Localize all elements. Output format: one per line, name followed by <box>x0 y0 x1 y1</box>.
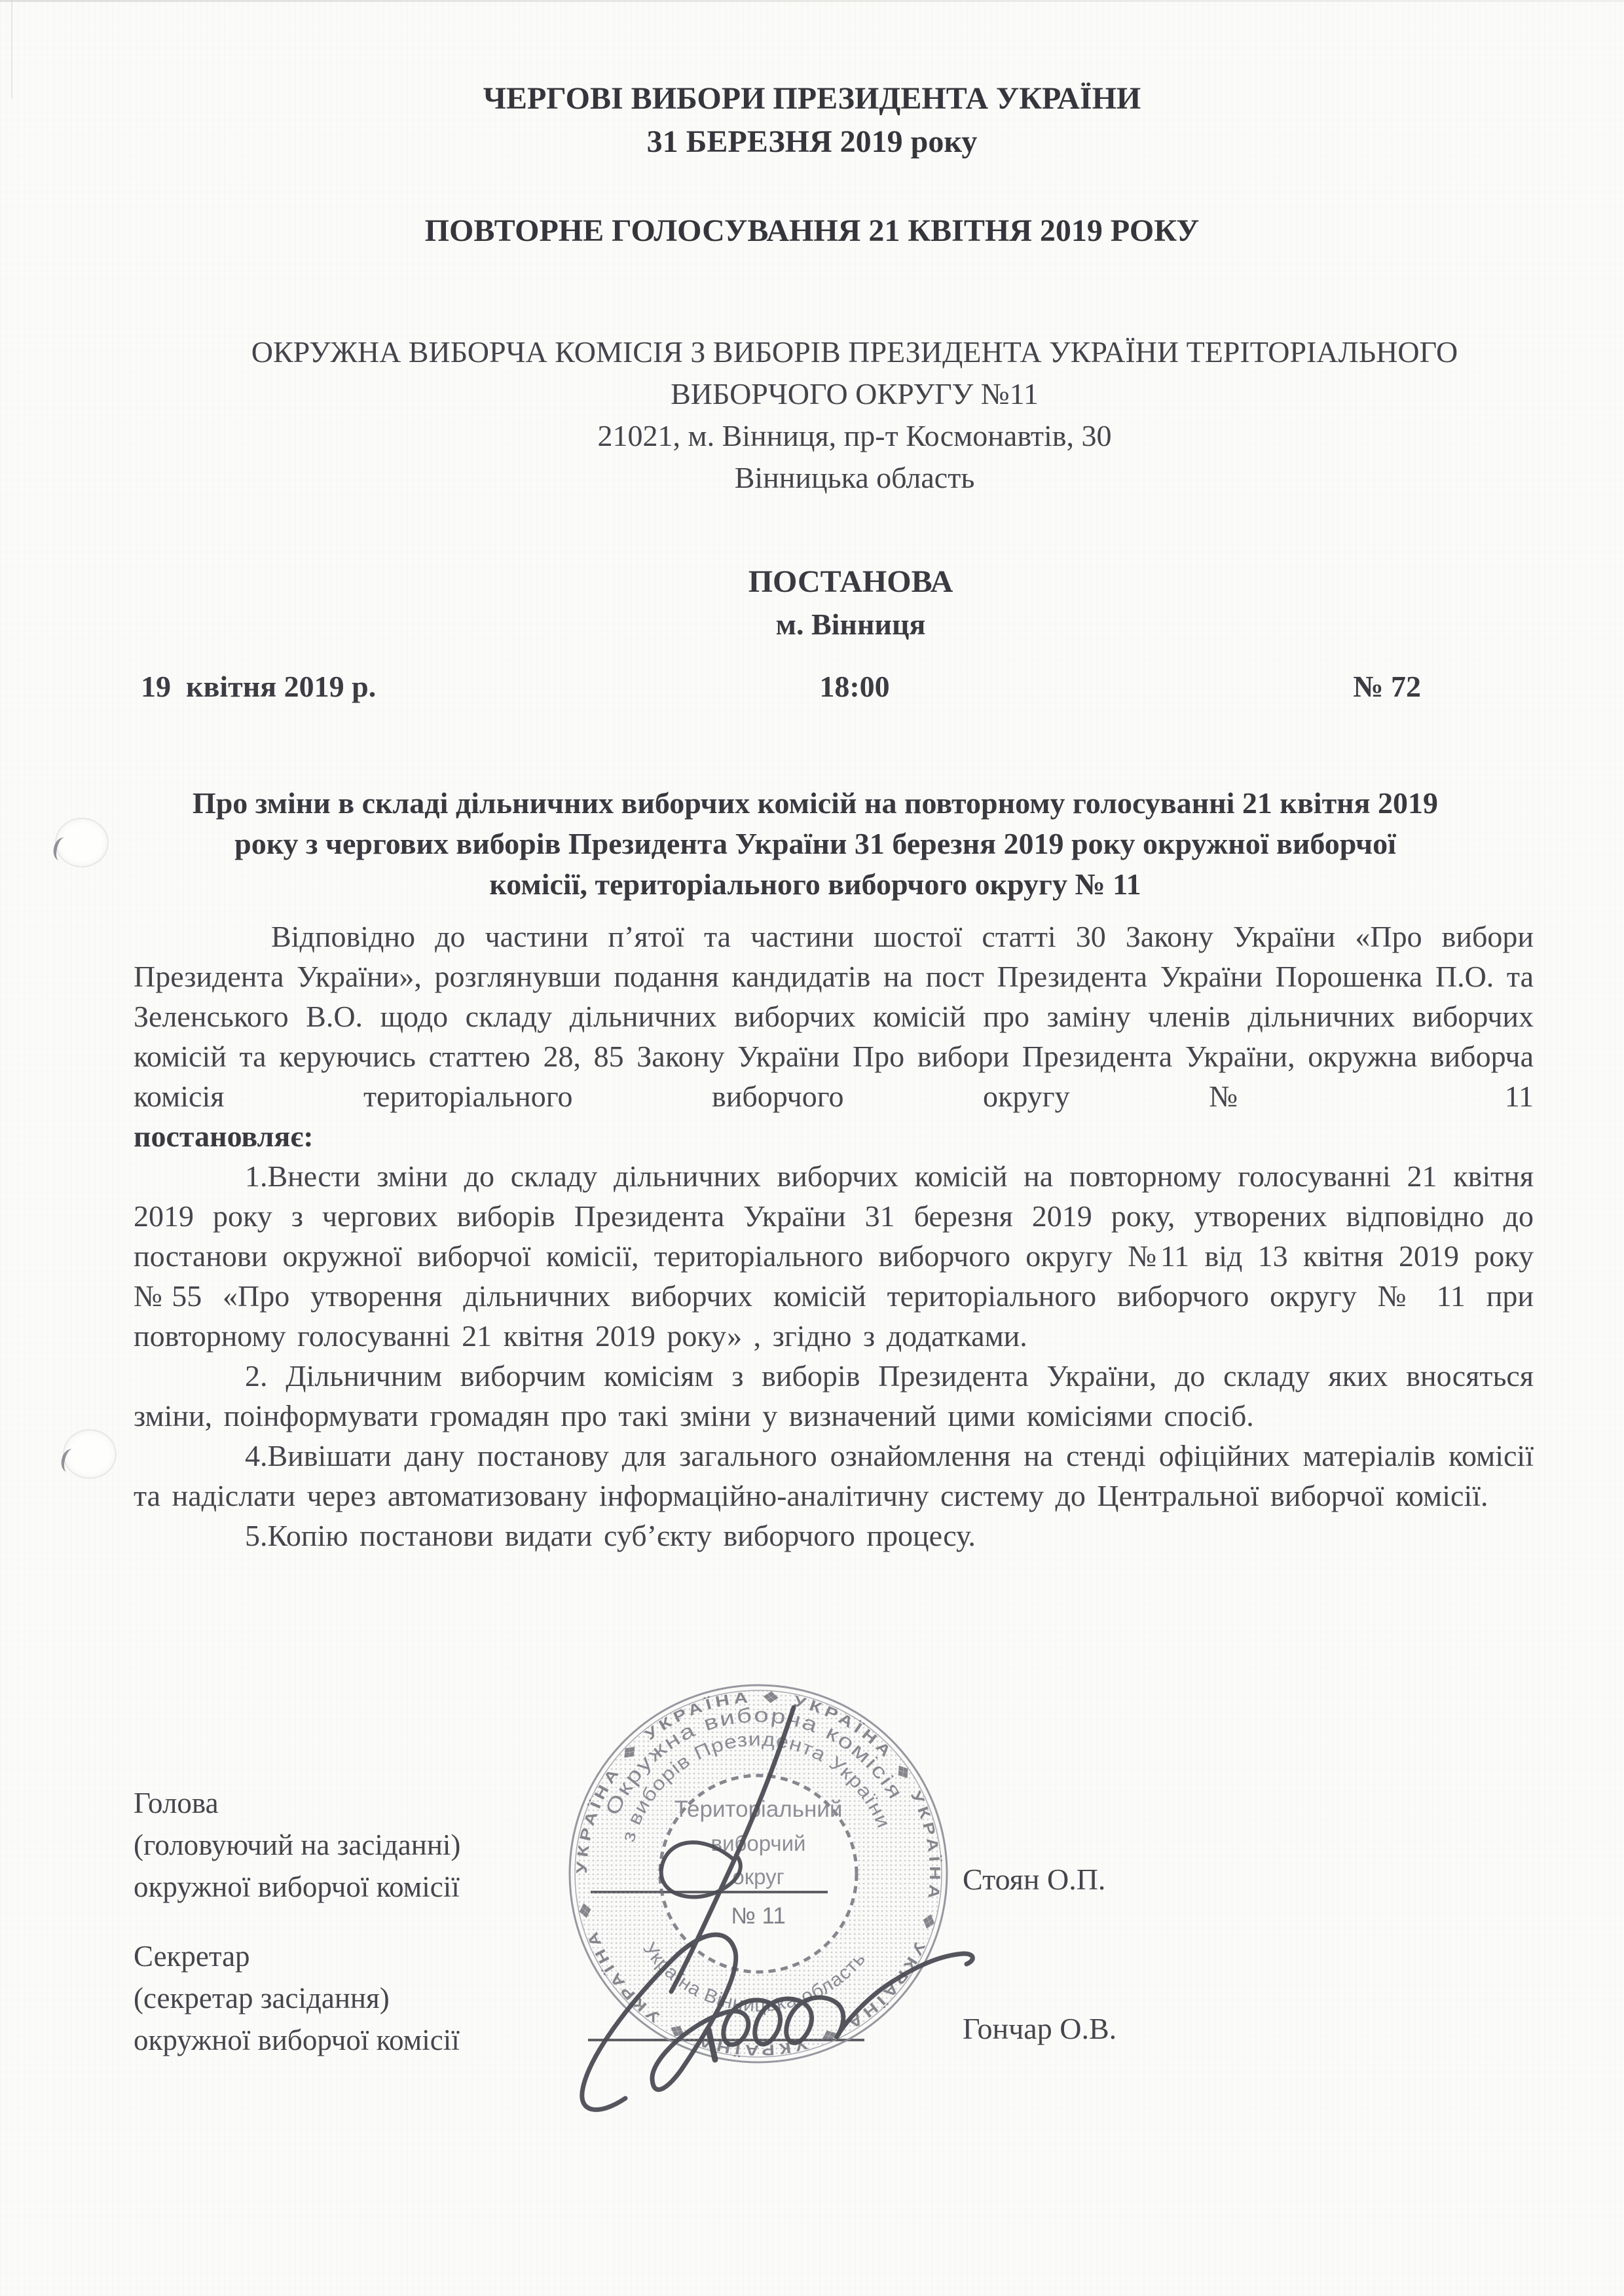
document-number: № 72 <box>1310 669 1421 704</box>
document-kind: ПОСТАНОВА <box>654 560 1047 603</box>
commission-name: ОКРУЖНА ВИБОРЧА КОМІСІЯ З ВИБОРІВ ПРЕЗИД… <box>180 331 1529 415</box>
document-kind-block: ПОСТАНОВА м. Вінниця <box>654 560 1047 646</box>
secretary-signature-tick <box>709 2030 715 2060</box>
document-meta-row: 19 квітня 2019 р. 18:00 № 72 <box>0 669 1624 708</box>
punch-hole-bottom <box>64 1430 115 1478</box>
document-time: 18:00 <box>786 669 923 704</box>
scanned-document-page: { "header": { "line1": "ЧЕРГОВІ ВИБОРИ П… <box>0 0 1624 2296</box>
commission-address: 21021, м. Вінниця, пр-т Космонавтів, 30 <box>180 415 1529 457</box>
document-subject: Про зміни в складі дільничних виборчих к… <box>187 783 1444 905</box>
resolution-item-1: 1.Внести зміни до складу дільничних вибо… <box>134 1156 1534 1356</box>
intro-paragraph: Відповідно до частини п’ятої та частини … <box>134 917 1534 1116</box>
resolution-item-5: 5.Копію постанови видати суб’єкту виборч… <box>134 1516 1534 1556</box>
punch-hole-top <box>56 819 107 866</box>
repeat-voting-title: ПОВТОРНЕ ГОЛОСУВАННЯ 21 КВІТНЯ 2019 РОКУ <box>0 210 1624 253</box>
election-title-line2: 31 БЕРЕЗНЯ 2019 року <box>647 124 978 159</box>
resolution-item-4: 4.Вивішати дану постанову для загального… <box>134 1436 1534 1516</box>
document-date: 19 квітня 2019 р. <box>141 669 376 704</box>
election-title-block: ЧЕРГОВІ ВИБОРИ ПРЕЗИДЕНТА УКРАЇНИ 31 БЕР… <box>0 77 1624 253</box>
election-title-line1: ЧЕРГОВІ ВИБОРИ ПРЕЗИДЕНТА УКРАЇНИ <box>483 81 1141 116</box>
commission-header-block: ОКРУЖНА ВИБОРЧА КОМІСІЯ З ВИБОРІВ ПРЕЗИД… <box>180 331 1529 499</box>
scan-top-edge-artifact <box>0 0 1624 2</box>
handwritten-signatures <box>537 1663 1126 2134</box>
document-place: м. Вінниця <box>654 603 1047 646</box>
resolves-line: постановляє: <box>134 1116 1534 1156</box>
document-body: Відповідно до частини п’ятої та частини … <box>134 917 1534 1556</box>
commission-region: Вінницька область <box>180 457 1529 499</box>
resolution-item-2: 2. Дільничним виборчим комісіям з виборі… <box>134 1356 1534 1436</box>
secretary-signature-stroke <box>582 1935 973 2109</box>
